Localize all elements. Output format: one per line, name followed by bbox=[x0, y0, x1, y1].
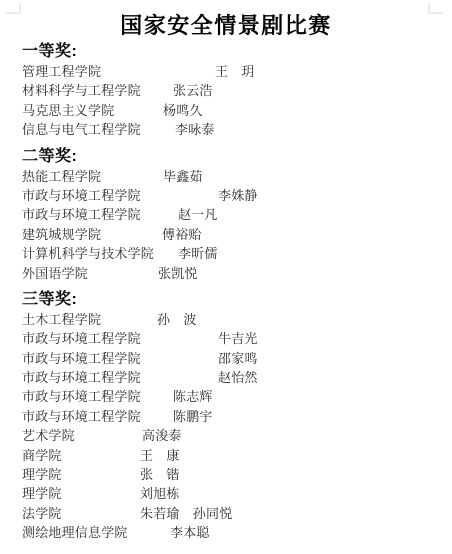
winner-name: 李咏泰 bbox=[175, 120, 215, 139]
winner-name: 李本聪 bbox=[170, 523, 210, 542]
winner-name: 赵一凡 bbox=[178, 205, 218, 224]
award-row: 测绘地理信息学院李本聪 bbox=[22, 523, 430, 542]
winner-name: 刘旭栋 bbox=[140, 484, 180, 503]
award-row: 市政与环境工程学院陈志辉 bbox=[22, 387, 430, 406]
winner-name: 赵怡然 bbox=[218, 368, 258, 387]
award-row: 计算机科学与技术学院李昕儒 bbox=[22, 244, 430, 263]
winner-name: 李昕儒 bbox=[178, 244, 218, 263]
college-name: 土木工程学院 bbox=[22, 310, 101, 329]
winner-name: 牛吉光 bbox=[218, 329, 258, 348]
award-row: 土木工程学院孙 波 bbox=[22, 310, 430, 329]
award-tier-heading: 三等奖: bbox=[22, 290, 430, 310]
college-name: 市政与环境工程学院 bbox=[22, 387, 141, 406]
award-row: 商学院王 康 bbox=[22, 446, 430, 465]
college-name: 艺术学院 bbox=[22, 426, 75, 445]
college-name: 市政与环境工程学院 bbox=[22, 407, 141, 426]
winner-name: 朱若瑜 孙同悦 bbox=[140, 504, 232, 523]
award-row: 信息与电气工程学院李咏泰 bbox=[22, 120, 430, 139]
college-name: 测绘地理信息学院 bbox=[22, 523, 128, 542]
winner-name: 杨鸣久 bbox=[163, 101, 203, 120]
college-name: 法学院 bbox=[22, 504, 62, 523]
winner-name: 张凯悦 bbox=[158, 264, 198, 283]
document-page: 国家安全情景剧比赛 一等奖:管理工程学院王 玥材料科学与工程学院张云浩马克思主义… bbox=[0, 0, 452, 554]
winner-name: 陈鹏宇 bbox=[173, 407, 213, 426]
award-section: 二等奖:热能工程学院毕鑫茹市政与环境工程学院李姝静市政与环境工程学院赵一凡建筑城… bbox=[22, 147, 430, 283]
college-name: 市政与环境工程学院 bbox=[22, 205, 141, 224]
college-name: 商学院 bbox=[22, 446, 62, 465]
award-row: 市政与环境工程学院邵家鸣 bbox=[22, 349, 430, 368]
winner-name: 毕鑫茹 bbox=[163, 167, 203, 186]
award-row: 市政与环境工程学院赵一凡 bbox=[22, 205, 430, 224]
college-name: 理学院 bbox=[22, 465, 62, 484]
award-row: 市政与环境工程学院赵怡然 bbox=[22, 368, 430, 387]
winner-name: 傅裕贻 bbox=[162, 225, 202, 244]
award-row: 马克思主义学院杨鸣久 bbox=[22, 101, 430, 120]
winner-name: 张云浩 bbox=[173, 81, 213, 100]
college-name: 马克思主义学院 bbox=[22, 101, 114, 120]
award-tier-heading: 二等奖: bbox=[22, 147, 430, 167]
college-name: 外国语学院 bbox=[22, 264, 88, 283]
award-list-body: 一等奖:管理工程学院王 玥材料科学与工程学院张云浩马克思主义学院杨鸣久信息与电气… bbox=[0, 42, 452, 543]
winner-name: 孙 波 bbox=[157, 310, 197, 329]
award-tier-heading: 一等奖: bbox=[22, 42, 430, 62]
award-row: 热能工程学院毕鑫茹 bbox=[22, 167, 430, 186]
award-row: 理学院刘旭栋 bbox=[22, 484, 430, 503]
award-row: 市政与环境工程学院陈鹏宇 bbox=[22, 407, 430, 426]
page-margin-corner-mark-right bbox=[428, 3, 443, 14]
college-name: 市政与环境工程学院 bbox=[22, 186, 141, 205]
document-title: 国家安全情景剧比赛 bbox=[0, 12, 452, 40]
winner-name: 王 玥 bbox=[215, 62, 255, 81]
winner-name: 李姝静 bbox=[218, 186, 258, 205]
winner-name: 陈志辉 bbox=[173, 387, 213, 406]
award-row: 艺术学院高浚泰 bbox=[22, 426, 430, 445]
award-row: 管理工程学院王 玥 bbox=[22, 62, 430, 81]
college-name: 市政与环境工程学院 bbox=[22, 349, 141, 368]
college-name: 材料科学与工程学院 bbox=[22, 81, 141, 100]
award-row: 法学院朱若瑜 孙同悦 bbox=[22, 504, 430, 523]
award-section: 一等奖:管理工程学院王 玥材料科学与工程学院张云浩马克思主义学院杨鸣久信息与电气… bbox=[22, 42, 430, 140]
page-margin-corner-mark-left bbox=[6, 3, 21, 14]
winner-name: 王 康 bbox=[140, 446, 180, 465]
college-name: 热能工程学院 bbox=[22, 167, 101, 186]
winner-name: 高浚泰 bbox=[142, 426, 182, 445]
college-name: 市政与环境工程学院 bbox=[22, 329, 141, 348]
award-row: 材料科学与工程学院张云浩 bbox=[22, 81, 430, 100]
award-row: 市政与环境工程学院牛吉光 bbox=[22, 329, 430, 348]
award-row: 市政与环境工程学院李姝静 bbox=[22, 186, 430, 205]
winner-name: 邵家鸣 bbox=[218, 349, 258, 368]
college-name: 理学院 bbox=[22, 484, 62, 503]
college-name: 建筑城规学院 bbox=[22, 225, 101, 244]
award-row: 理学院张 锴 bbox=[22, 465, 430, 484]
award-row: 外国语学院张凯悦 bbox=[22, 264, 430, 283]
college-name: 信息与电气工程学院 bbox=[22, 120, 141, 139]
college-name: 计算机科学与技术学院 bbox=[22, 244, 154, 263]
college-name: 管理工程学院 bbox=[22, 62, 101, 81]
award-row: 建筑城规学院傅裕贻 bbox=[22, 225, 430, 244]
award-section: 三等奖:土木工程学院孙 波市政与环境工程学院牛吉光市政与环境工程学院邵家鸣市政与… bbox=[22, 290, 430, 543]
winner-name: 张 锴 bbox=[140, 465, 180, 484]
college-name: 市政与环境工程学院 bbox=[22, 368, 141, 387]
